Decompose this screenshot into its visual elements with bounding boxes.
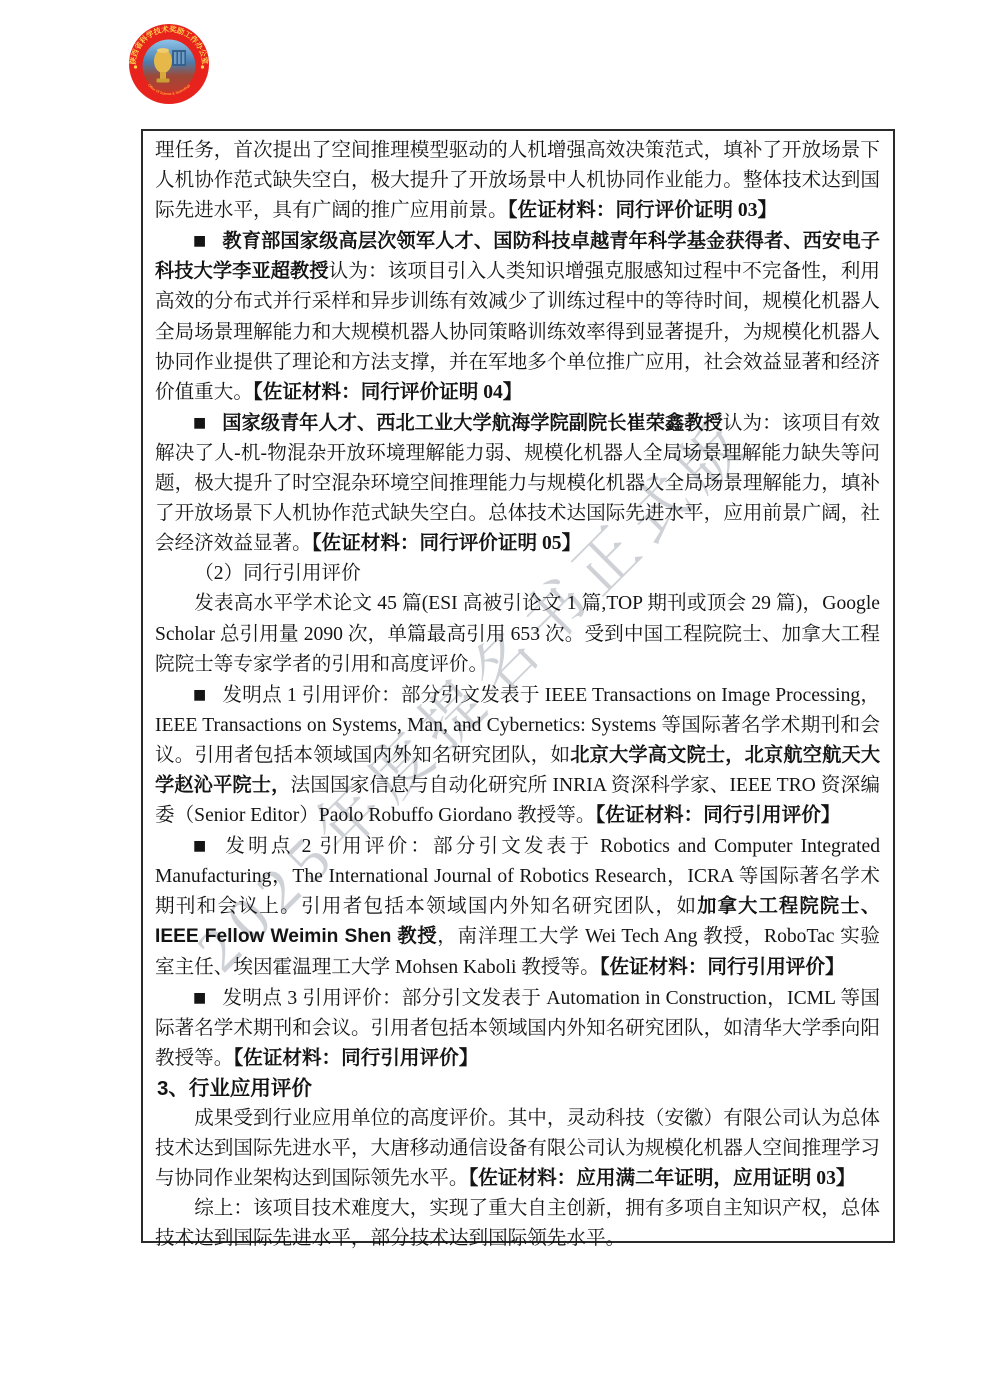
paragraph: 综上：该项目技术难度大，实现了重大自主创新，拥有多项自主知识产权，总体技术达到国…	[155, 1194, 880, 1254]
evidence-ref: 【佐证材料：应用满二年证明，应用证明 03】	[469, 1168, 856, 1189]
paragraph: ■发明点 2 引用评价：部分引文发表于 Robotics and Compute…	[155, 831, 880, 982]
paragraph: ■教育部国家级高层次领军人才、国防科技卓越青年科学基金获得者、西安电子科技大学李…	[155, 226, 880, 408]
paragraph: 理任务，首次提出了空间推理模型驱动的人机增强高效决策范式，填补了开放场景下人机协…	[155, 136, 880, 226]
bullet-square-icon: ■	[193, 990, 207, 1006]
paragraph: ■发明点 3 引用评价：部分引文发表于 Automation in Constr…	[155, 983, 880, 1074]
text-run: 3、行业应用评价	[157, 1077, 312, 1100]
text-run: 综上：该项目技术难度大，实现了重大自主创新，拥有多项自主知识产权，总体技术达到国…	[155, 1198, 880, 1249]
seal-star-right	[201, 65, 204, 68]
paragraph: ■国家级青年人才、西北工业大学航海学院副院长崔荣鑫教授认为：该项目有效解决了人-…	[155, 408, 880, 559]
section-heading: 3、行业应用评价	[155, 1074, 880, 1104]
evidence-ref: 【佐证材料：同行引用评价】	[233, 1048, 478, 1069]
seal-graphic: 陕西省科学技术奖励工作办公室 Office Of Science & Techn…	[128, 23, 210, 105]
text-run: 发表高水平学术论文 45 篇(ESI 高被引论文 1 篇,TOP 期刊或顶会 2…	[155, 593, 880, 674]
org-seal-logo: 陕西省科学技术奖励工作办公室 Office Of Science & Techn…	[128, 23, 210, 105]
bullet-square-icon: ■	[193, 233, 206, 249]
evidence-ref: 【佐证材料：同行引用评价】	[600, 957, 845, 978]
expert-name: 国家级青年人才、西北工业大学航海学院副院长崔荣鑫教授	[222, 413, 723, 434]
evidence-ref: 【佐证材料：同行评价证明 03】	[508, 200, 777, 221]
evidence-ref: 【佐证材料：同行评价证明 04】	[253, 382, 522, 403]
evidence-ref: 【佐证材料：同行评价证明 05】	[312, 533, 581, 554]
section-subheading: （2）同行引用评价	[155, 559, 880, 589]
bullet-square-icon: ■	[193, 687, 206, 703]
text-run: （2）同行引用评价	[194, 563, 361, 584]
paragraph: 发表高水平学术论文 45 篇(ESI 高被引论文 1 篇,TOP 期刊或顶会 2…	[155, 589, 880, 679]
paragraph: ■发明点 1 引用评价：部分引文发表于 IEEE Transactions on…	[155, 680, 880, 831]
seal-star-left	[134, 65, 137, 68]
evidence-ref: 【佐证材料：同行引用评价】	[595, 805, 840, 826]
paragraph: 成果受到行业应用单位的高度评价。其中，灵动科技（安徽）有限公司认为总体技术达到国…	[155, 1104, 880, 1194]
bullet-square-icon: ■	[193, 838, 209, 854]
bullet-square-icon: ■	[193, 415, 206, 431]
document-table-cell: 理任务，首次提出了空间推理模型驱动的人机增强高效决策范式，填补了开放场景下人机协…	[141, 129, 895, 1243]
